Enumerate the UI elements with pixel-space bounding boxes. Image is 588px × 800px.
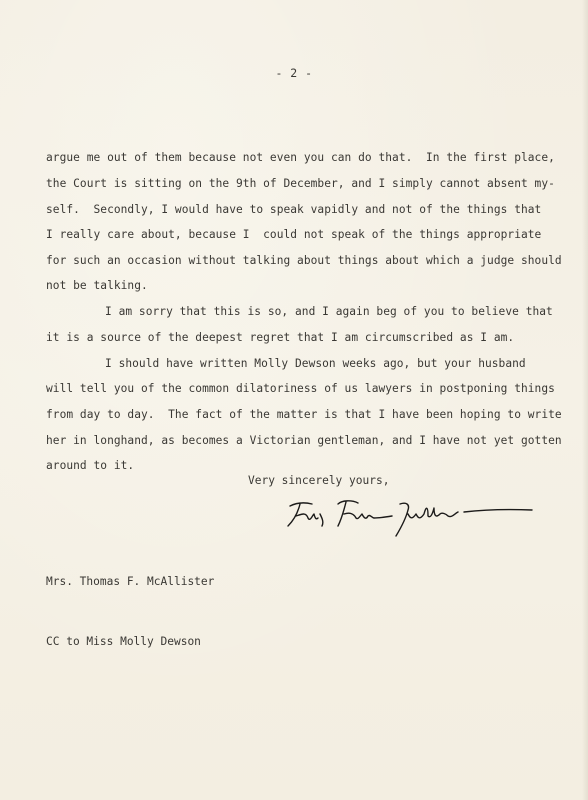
letter-page: - 2 - argue me out of them because not e… [0, 0, 588, 800]
body-line: her in longhand, as becomes a Victorian … [46, 434, 562, 447]
body-line: for such an occasion without talking abo… [46, 254, 562, 267]
body-line: not be talking. [46, 279, 148, 292]
paper-edge [582, 0, 588, 800]
body-line: will tell you of the common dilatoriness… [46, 382, 555, 395]
signature-icon [282, 492, 542, 540]
body-line: the Court is sitting on the 9th of Decem… [46, 177, 555, 190]
page-number: - 2 - [0, 66, 588, 80]
body-line: self. Secondly, I would have to speak va… [46, 203, 541, 216]
body-line: from day to day. The fact of the matter … [46, 408, 562, 421]
cc-line: CC to Miss Molly Dewson [46, 635, 201, 648]
body-line: I really care about, because I could not… [46, 228, 541, 241]
body-line: I should have written Molly Dewson weeks… [105, 357, 526, 370]
body-line: argue me out of them because not even yo… [46, 151, 555, 164]
recipient-name: Mrs. Thomas F. McAllister [46, 575, 214, 588]
body-line: I am sorry that this is so, and I again … [105, 305, 553, 318]
body-line: around to it. [46, 459, 134, 472]
body-line: it is a source of the deepest regret tha… [46, 331, 514, 344]
closing-salutation: Very sincerely yours, [248, 474, 389, 487]
